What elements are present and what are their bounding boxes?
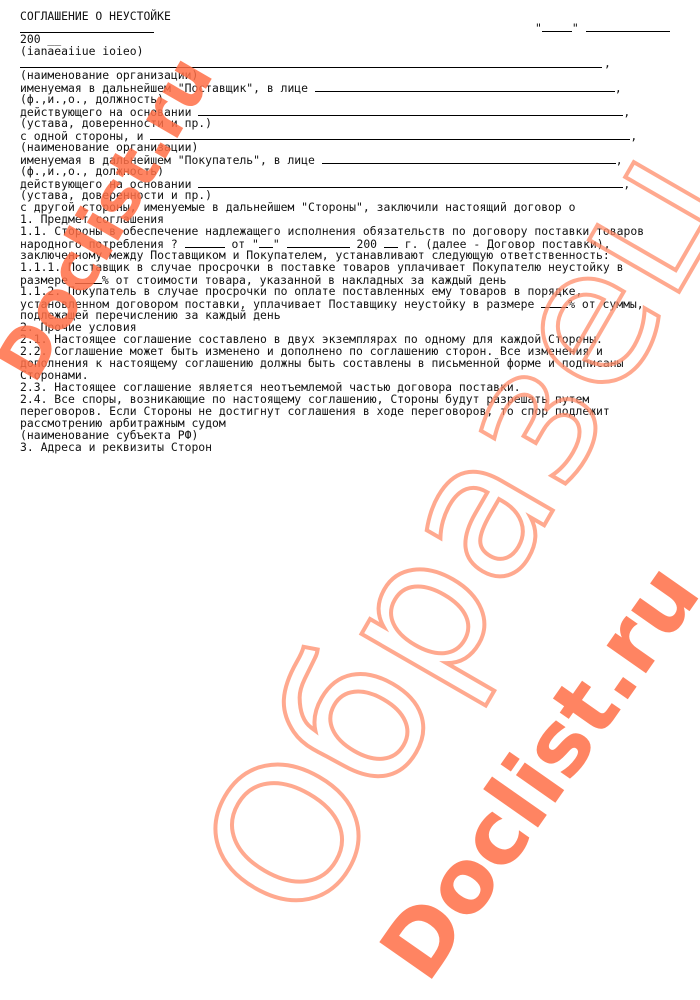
buyer-org-blank[interactable] (150, 129, 630, 140)
supplier-person-blank[interactable] (315, 81, 615, 92)
supplier-basis-hint: (устава, доверенности и пр.) (20, 117, 212, 129)
buyer-person-hint: (ф.,и.,о., должность) (20, 165, 164, 177)
watermark-doclist-bottom: Doclist.ru (360, 545, 700, 997)
contract-number-blank[interactable] (185, 237, 225, 248)
p1-1-line-a: 1.1. Стороны в обеспечение надлежащего и… (20, 225, 644, 237)
place-hint: (ianaeaiiue ioieo) (20, 45, 143, 57)
buyer-person-blank[interactable] (322, 153, 616, 164)
supplier-penalty-percent-blank[interactable] (75, 273, 102, 284)
day-blank[interactable] (542, 21, 572, 32)
supplier-basis-blank[interactable] (198, 105, 623, 116)
contract-day-blank[interactable] (259, 237, 273, 248)
p1-1-2-line-a: 1.1.2. Покупатель в случае просрочки по … (20, 285, 582, 297)
document-title: СОГЛАШЕНИЕ О НЕУСТОЙКЕ (20, 10, 171, 22)
p2-2-line-b: дополнения к настоящему соглашению должн… (20, 357, 623, 369)
contract-year-blank[interactable] (384, 237, 398, 248)
supplier-org-hint: (наименование организации) (20, 69, 198, 81)
supplier-person-hint: (ф.,и.,о., должность) (20, 93, 164, 105)
month-blank[interactable] (586, 21, 670, 32)
section3-heading: 3. Адреса и реквизиты Сторон (20, 441, 212, 453)
date-field: "" (535, 21, 670, 33)
buyer-basis-blank[interactable] (198, 177, 623, 188)
buyer-penalty-percent-blank[interactable] (541, 297, 568, 308)
contract-month-blank[interactable] (287, 237, 350, 248)
p1-1-1-line-a: 1.1.1. Поставщик в случае просрочки в по… (20, 261, 623, 273)
buyer-org-hint: (наименование организации) (20, 141, 198, 153)
